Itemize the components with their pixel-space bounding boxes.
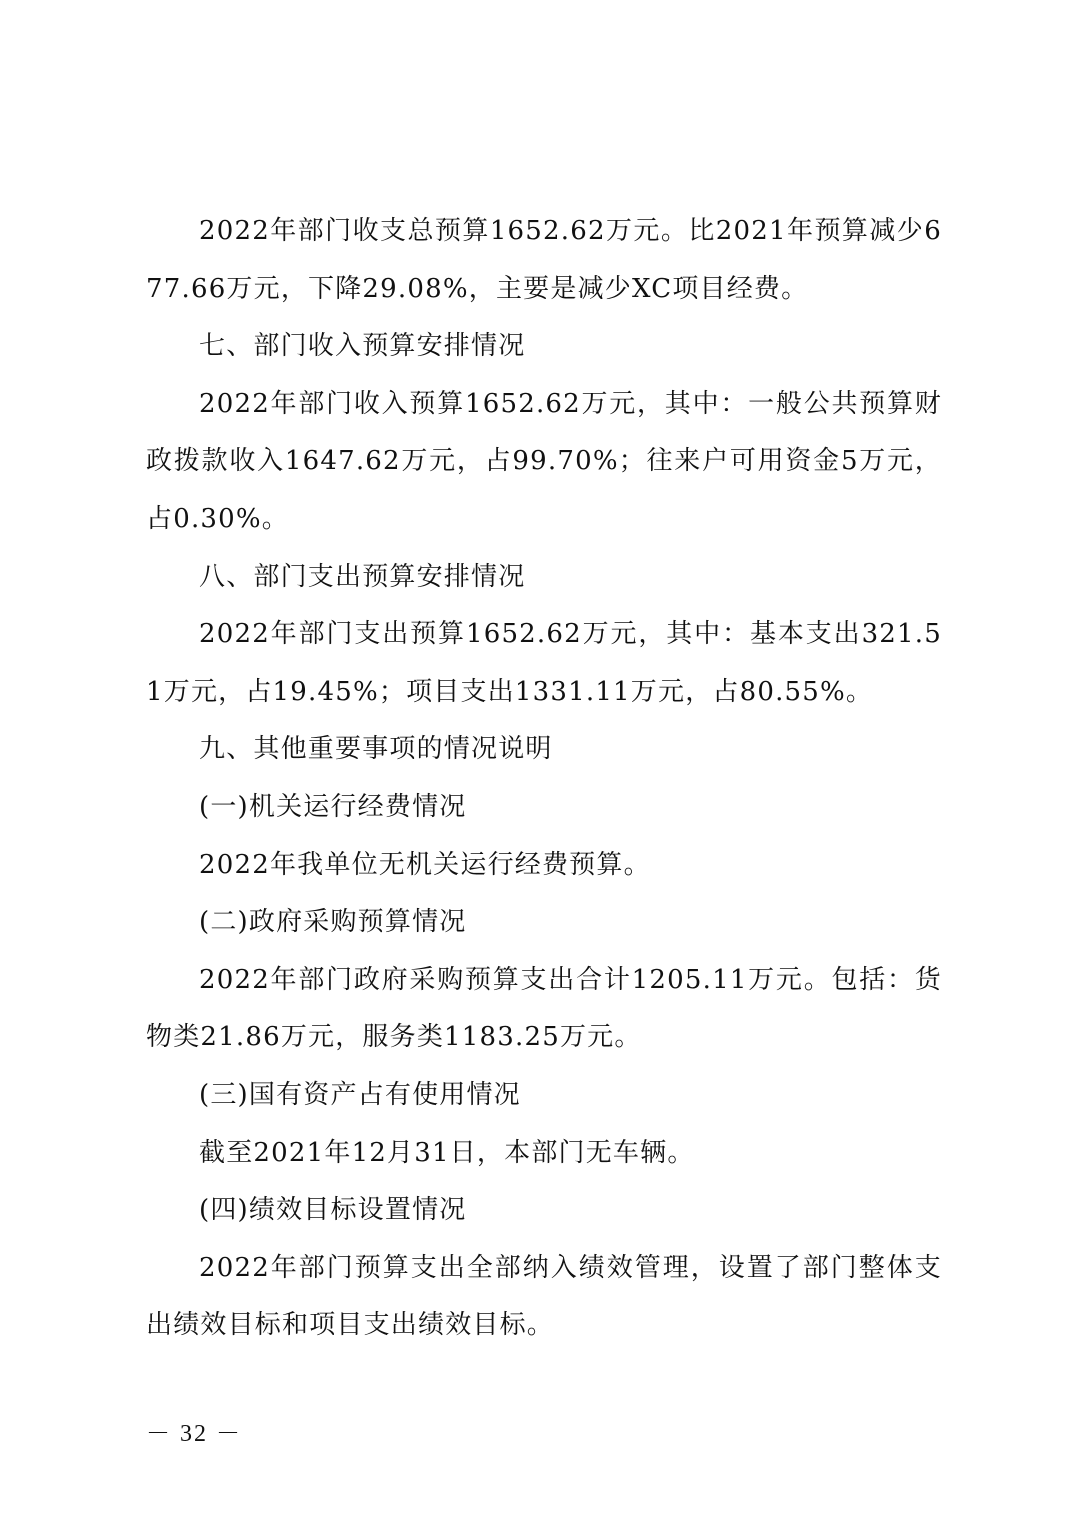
page-number: － 32 － xyxy=(146,1413,242,1448)
section-heading-other-matters: 九、其他重要事项的情况说明 xyxy=(146,721,942,779)
subheading-procurement: (二)政府采购预算情况 xyxy=(146,894,942,952)
document-page: 2022年部门收支总预算1652.62万元。比2021年预算减少677.66万元… xyxy=(0,0,1074,1520)
document-body: 2022年部门收支总预算1652.62万元。比2021年预算减少677.66万元… xyxy=(146,203,942,1355)
paragraph-operating-funds: 2022年我单位无机关运行经费预算。 xyxy=(146,837,942,895)
paragraph-income-budget: 2022年部门收入预算1652.62万元，其中：一般公共预算财政拨款收入1647… xyxy=(146,376,942,549)
section-heading-income: 七、部门收入预算安排情况 xyxy=(146,318,942,376)
paragraph-procurement: 2022年部门政府采购预算支出合计1205.11万元。包括：货物类21.86万元… xyxy=(146,952,942,1067)
subheading-state-assets: (三)国有资产占有使用情况 xyxy=(146,1067,942,1125)
paragraph-performance-goals: 2022年部门预算支出全部纳入绩效管理，设置了部门整体支出绩效目标和项目支出绩效… xyxy=(146,1240,942,1355)
section-heading-expenditure: 八、部门支出预算安排情况 xyxy=(146,549,942,607)
paragraph-state-assets: 截至2021年12月31日，本部门无车辆。 xyxy=(146,1125,942,1183)
subheading-operating-funds: (一)机关运行经费情况 xyxy=(146,779,942,837)
paragraph-expenditure-budget: 2022年部门支出预算1652.62万元，其中：基本支出321.51万元，占19… xyxy=(146,606,942,721)
subheading-performance-goals: (四)绩效目标设置情况 xyxy=(146,1182,942,1240)
paragraph-total-budget: 2022年部门收支总预算1652.62万元。比2021年预算减少677.66万元… xyxy=(146,203,942,318)
